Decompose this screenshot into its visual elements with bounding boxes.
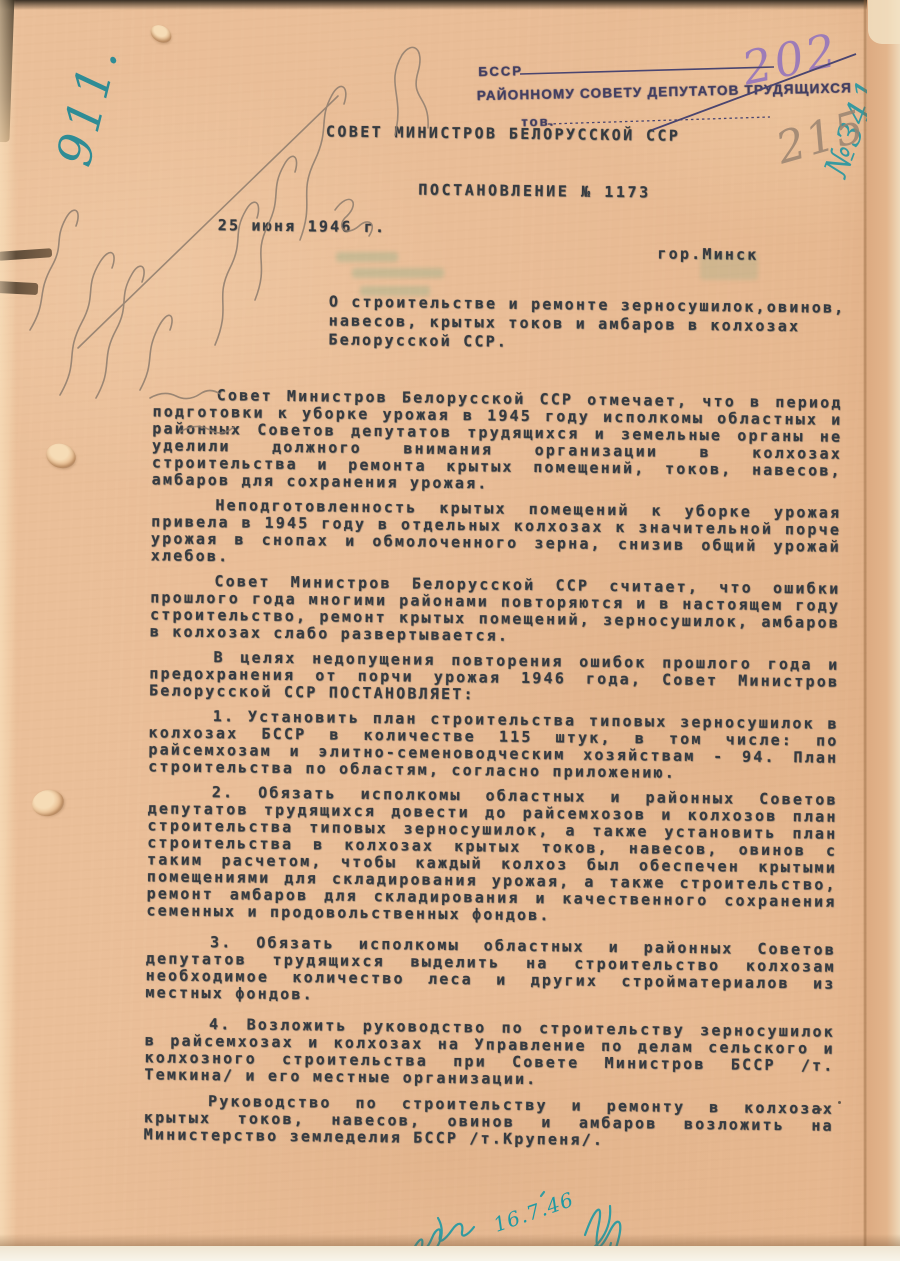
body-paragraph: Неподготовленность крытых помещений к уб… [151, 496, 842, 572]
underlying-page-edge [867, 0, 900, 1261]
body-paragraph: В целях недопущения повторения ошибок пр… [149, 648, 840, 707]
page-top-shadow [0, 0, 900, 10]
ink-speck [818, 1108, 822, 1111]
ink-speck [838, 1101, 841, 1104]
stamp-addressee-prefix: тов. [521, 114, 555, 130]
document-type-number: ПОСТАНОВЛЕНИЕ № 1173 [418, 181, 651, 202]
body-paragraph: 1. Установить план строительства типовых… [148, 707, 839, 783]
scan-background-strip [0, 1246, 900, 1261]
document-body: Совет Министров Белорусской ССР отмечает… [143, 386, 842, 1159]
subject-block: О строительстве и ремонте зерносушилок,о… [328, 292, 845, 355]
body-paragraph: Руководство по строительству и ремонту в… [144, 1092, 835, 1151]
body-paragraph: 2. Обязать исполкомы областных и районны… [146, 783, 838, 927]
document-scan-page: СОВЕТ МИНИСТРОВ БЕЛОРУССКОЙ ССР ПОСТАНОВ… [0, 0, 900, 1261]
body-paragraph: 3. Обязать исполкомы областных и районны… [145, 933, 836, 1009]
document-date: 25 июня 1946 г. [218, 216, 387, 236]
typewritten-content: СОВЕТ МИНИСТРОВ БЕЛОРУССКОЙ ССР ПОСТАНОВ… [0, 0, 900, 1261]
document-place: гор.Минск [657, 245, 758, 264]
body-paragraph: 4. Возложить руководство по строительств… [144, 1015, 835, 1091]
page-left-highlight [0, 0, 16, 1261]
corner-background [868, 0, 900, 44]
body-paragraph: Совет Министров Белорусской ССР считает,… [150, 572, 841, 648]
issuing-body-title: СОВЕТ МИНИСТРОВ БЕЛОРУССКОЙ ССР [326, 122, 681, 144]
page-bottom-shadow [0, 1234, 900, 1246]
body-paragraph: Совет Министров Белорусской ССР отмечает… [152, 386, 843, 496]
stamp-org-abbr: БССР [478, 63, 523, 79]
